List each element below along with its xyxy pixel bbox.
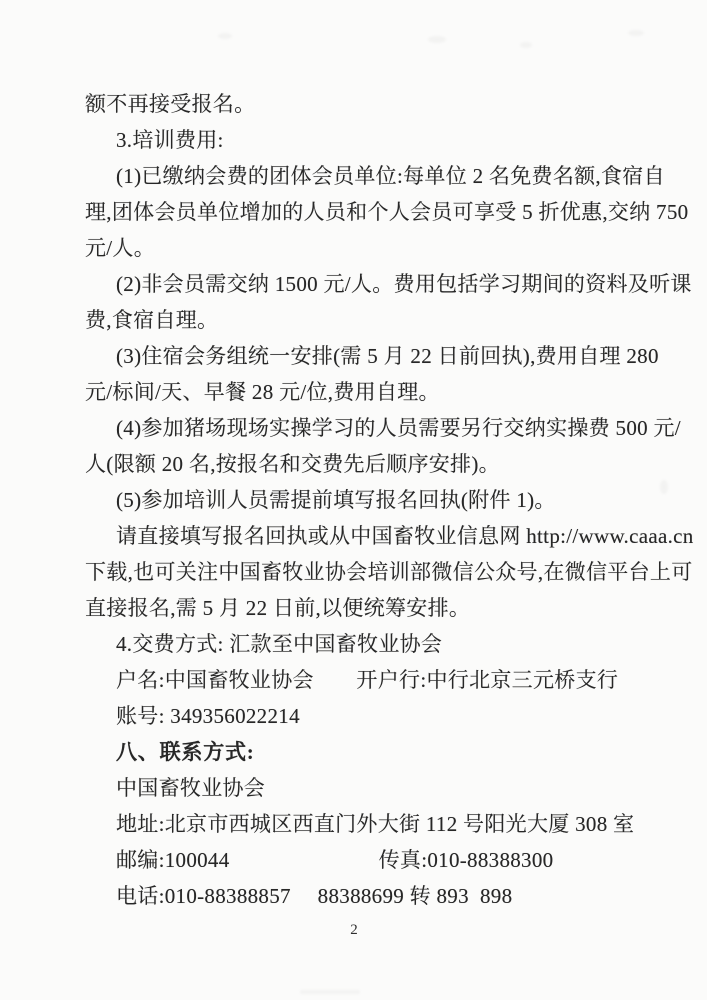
scan-artifact [428, 36, 446, 43]
document-page: 额不再接受报名。 3.培训费用: (1)已缴纳会费的团体会员单位:每单位 2 名… [0, 0, 707, 1000]
line-account-name-bank: 户名:中国畜牧业协会 开户行:中行北京三元桥支行 [85, 662, 623, 698]
line-registration-cont: 下载,也可关注中国畜牧业协会培训部微信公众号,在微信平台上可 [85, 554, 623, 590]
line-payment-method: 4.交费方式: 汇款至中国畜牧业协会 [85, 626, 623, 662]
scan-artifact [218, 33, 232, 39]
line-fee-item2: (2)非会员需交纳 1500 元/人。费用包括学习期间的资料及听课 [85, 266, 623, 302]
line-address: 地址:北京市西城区西直门外大街 112 号阳光大厦 308 室 [85, 806, 623, 842]
line-postal-fax: 邮编:100044 传真:010-88388300 [85, 842, 623, 878]
line-fee-item4: (4)参加猪场现场实操学习的人员需要另行交纳实操费 500 元/ [85, 410, 623, 446]
line-fee-item1-cont: 理,团体会员单位增加的人员和个人会员可享受 5 折优惠,交纳 750 [85, 194, 623, 230]
heading-contact-section: 八、联系方式: [85, 734, 623, 770]
line-registration-end: 直接报名,需 5 月 22 日前,以便统筹安排。 [85, 590, 623, 626]
line-association-name: 中国畜牧业协会 [85, 770, 623, 806]
scan-artifact [628, 30, 644, 36]
line-fee-item3: (3)住宿会务组统一安排(需 5 月 22 日前回执),费用自理 280 [85, 338, 623, 374]
line-fee-item3-cont: 元/标间/天、早餐 28 元/位,费用自理。 [85, 374, 623, 410]
line-phone: 电话:010-88388857 88388699 转 893 898 [85, 878, 623, 914]
scan-artifact [96, 96, 116, 101]
page-number: 2 [85, 915, 623, 945]
line-fee-item1: (1)已缴纳会费的团体会员单位:每单位 2 名免费名额,食宿自 [85, 158, 623, 194]
line-fee-item2-cont: 费,食宿自理。 [85, 302, 623, 338]
line-fee-item5: (5)参加培训人员需提前填写报名回执(附件 1)。 [85, 482, 623, 518]
line-registration-info: 请直接填写报名回执或从中国畜牧业信息网 http://www.caaa.cn [85, 518, 623, 554]
line-fee-section-title: 3.培训费用: [85, 122, 623, 158]
line-fee-item1-end: 元/人。 [85, 230, 623, 266]
scan-artifact [660, 480, 668, 494]
scan-artifact [520, 42, 532, 48]
line-fee-item4-cont: 人(限额 20 名,按报名和交费先后顺序安排)。 [85, 446, 623, 482]
line-account-number: 账号: 349356022214 [85, 698, 623, 734]
line-quota-closing: 额不再接受报名。 [85, 86, 623, 122]
scan-artifact [300, 990, 360, 994]
